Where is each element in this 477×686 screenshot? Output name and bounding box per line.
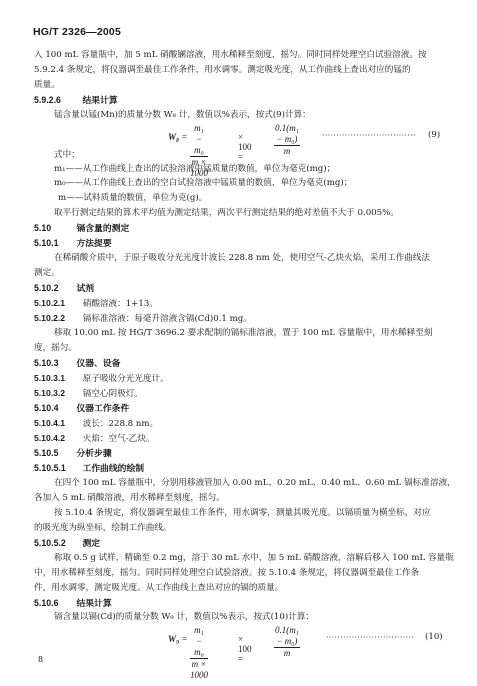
section-heading: 5.10.2 试剂 [34,283,94,295]
section-title: 仪器工作条件 [76,404,129,414]
section-number: 5.10.6 [34,598,74,609]
document-page: HG/T 2326—2005 入 100 mL 容量瓶中，加 5 mL 硝酸镧溶… [0,0,477,686]
subsection-text: 原子吸收分光光度计。 [83,374,169,384]
subsection-number: 5.10.3.2 [34,388,80,399]
fraction-denominator: m [274,648,300,659]
section-title: 镉含量的测定 [76,224,129,234]
section-number: 5.10.1 [34,238,74,249]
formula-fraction-2: 0.1(m₁ − m₀) m [274,625,300,659]
subsection-text: 镉标准溶液：每毫升溶液含镉(Cd)0.1 mg。 [83,314,252,324]
subsection-text: 波长：228.8 nm。 [83,419,158,429]
section-title: 试剂 [76,284,94,294]
subsection-number: 5.10.2.1 [34,298,80,309]
paragraph-line: 件，用水调零，测定吸光度。从工作曲线上查出对应的镉的质量。 [34,583,283,594]
section-number: 5.10.3 [34,358,74,369]
section-heading: 5.10.4 仪器工作条件 [34,403,129,415]
formula-fraction-1: m₁ − m₀ m × 1000 [190,625,208,681]
paragraph-line: 在稀硝酸介质中，于原子吸收分光光度计波长 228.8 nm 处，使用空气-乙炔火… [54,253,430,264]
subsection-item: 5.10.2.1 硝酸溶液：1+13。 [34,298,158,310]
paragraph-line: 质量。 [34,80,60,91]
subsection-number: 5.10.2.2 [34,313,80,324]
formula-equals: = [182,132,187,142]
section-heading: 5.10.5 分析步骤 [34,448,112,460]
section-title: 分析步骤 [76,449,111,459]
subsection-item: 5.10.4.2 火焰：空气-乙炔。 [34,433,154,445]
subsection-item: 5.10.4.1 波长：228.8 nm。 [34,418,158,430]
paragraph-line: 按 5.10.4 条规定，将仪器调至最佳工作条件，用水调零，测量其吸光度。以镉质… [54,508,431,519]
formula-equals: = [182,634,187,644]
subsection-item: 5.10.3.1 原子吸收分光光度计。 [34,373,169,385]
paragraph-line: 取平行测定结果的算术平均值为测定结果，两次平行测定结果的绝对差值不大于 0.00… [54,208,399,219]
paragraph-line: 锰含量以锰(Mn)的质量分数 W₈ 计，数值以%表示，按式(9)计算： [54,110,311,121]
subsection-number: 5.10.4.2 [34,433,80,444]
subsection-text: 硝酸溶液：1+13。 [83,299,158,309]
equation-number: (10) [425,632,443,642]
section-number: 5.10.5 [34,448,74,459]
section-title: 工作曲线的绘制 [82,464,144,474]
where-label: 式中： [54,150,80,161]
standard-code: HG/T 2326—2005 [33,26,121,38]
paragraph-line: 中，用水稀释至刻度，摇匀。同时同样处理空白试验溶液。按 5.10.4 条规定，将… [34,568,419,579]
paragraph-line: 在四个 100 mL 容量瓶中，分别用移液管加入 0.00 mL、0.20 mL… [54,478,456,489]
formula-times: × 100 = [238,634,252,664]
formula-fraction-2: 0.1(m₁ − m₀) m [274,123,300,157]
paragraph-line: 称取 0.5 g 试样，精确至 0.2 mg，溶于 30 mL 水中，加 5 m… [54,553,454,564]
section-number: 5.10.5.2 [34,538,80,549]
section-heading: 5.10.6 结果计算 [34,598,112,610]
subsection-number: 5.10.4.1 [34,418,80,429]
fraction-denominator: m [274,146,300,157]
fraction-numerator: m₁ − m₀ [190,625,208,659]
section-number: 5.10.5.1 [34,463,80,474]
paragraph-line: 镉含量以镉(Cd)的质量分数 W₉ 计，数值以%表示，按式(10)计算： [54,612,314,623]
paragraph-line: 移取 10.00 mL 按 HG/T 3696.2 要求配制的镉标准溶液，置于 … [54,328,432,339]
section-number: 5.10.2 [34,283,74,294]
subsection-number: 5.10.3.1 [34,373,80,384]
definition-line: m——试料质量的数值，单位为克(g)。 [58,193,207,204]
definition-line: m₁——从工作曲线上查出的试验溶液中锰质量的数值，单位为毫克(mg)； [54,164,335,175]
subsection-item: 5.10.2.2 镉标准溶液：每毫升溶液含镉(Cd)0.1 mg。 [34,313,252,325]
section-title: 仪器、设备 [76,359,120,369]
fraction-numerator: m₁ − m₀ [190,123,208,157]
section-heading: 5.10 镉含量的测定 [34,223,129,235]
subsection-item: 5.10.3.2 镉空心阴极灯。 [34,388,143,400]
section-heading: 5.10.5.1 工作曲线的绘制 [34,463,144,475]
section-title: 方法提要 [76,239,111,249]
page-number: 8 [38,655,43,664]
formula-lhs: W₉ [168,634,179,644]
paragraph-line: 各加入 5 mL 硝酸溶液，用水稀释至刻度，摇匀。 [34,493,225,504]
fraction-denominator: m × 1000 [190,659,208,681]
formula-lhs: W₈ [168,132,179,142]
section-number: 5.9.2.6 [34,95,80,106]
section-heading: 5.10.3 仪器、设备 [34,358,120,370]
paragraph-line: 测定。 [34,268,60,279]
paragraph-line: 的吸光度为纵坐标，绘制工作曲线。 [34,523,172,534]
section-title: 测定 [82,539,100,549]
section-heading: 5.9.2.6 结果计算 [34,95,118,107]
paragraph-line: 5.9.2.4 条规定，将仪器调至最佳工作条件，用水调零。测定吸光度，从工作曲线… [34,65,411,76]
section-heading: 5.10.1 方法提要 [34,238,112,250]
section-title: 结果计算 [82,96,117,106]
leader-dots: ································· [322,131,416,140]
leader-dots: ······························· [326,633,414,642]
fraction-numerator: 0.1(m₁ − m₀) [274,625,300,648]
equation-number: (9) [428,130,440,140]
paragraph-line: 度，摇匀。 [34,343,77,354]
subsection-text: 火焰：空气-乙炔。 [83,434,155,444]
fraction-numerator: 0.1(m₁ − m₀) [274,123,300,146]
section-number: 5.10.4 [34,403,74,414]
section-title: 结果计算 [76,599,111,609]
definition-line: m₀——从工作曲线上查出的空白试验溶液中锰质量的数值，单位为毫克(mg)； [54,178,352,189]
section-heading: 5.10.5.2 测定 [34,538,100,550]
paragraph-line: 入 100 mL 容量瓶中，加 5 mL 硝酸镧溶液，用水稀释至刻度，摇匀。同时… [34,50,427,61]
subsection-text: 镉空心阴极灯。 [83,389,143,399]
formula-times: × 100 = [238,132,252,162]
section-number: 5.10 [34,223,74,234]
